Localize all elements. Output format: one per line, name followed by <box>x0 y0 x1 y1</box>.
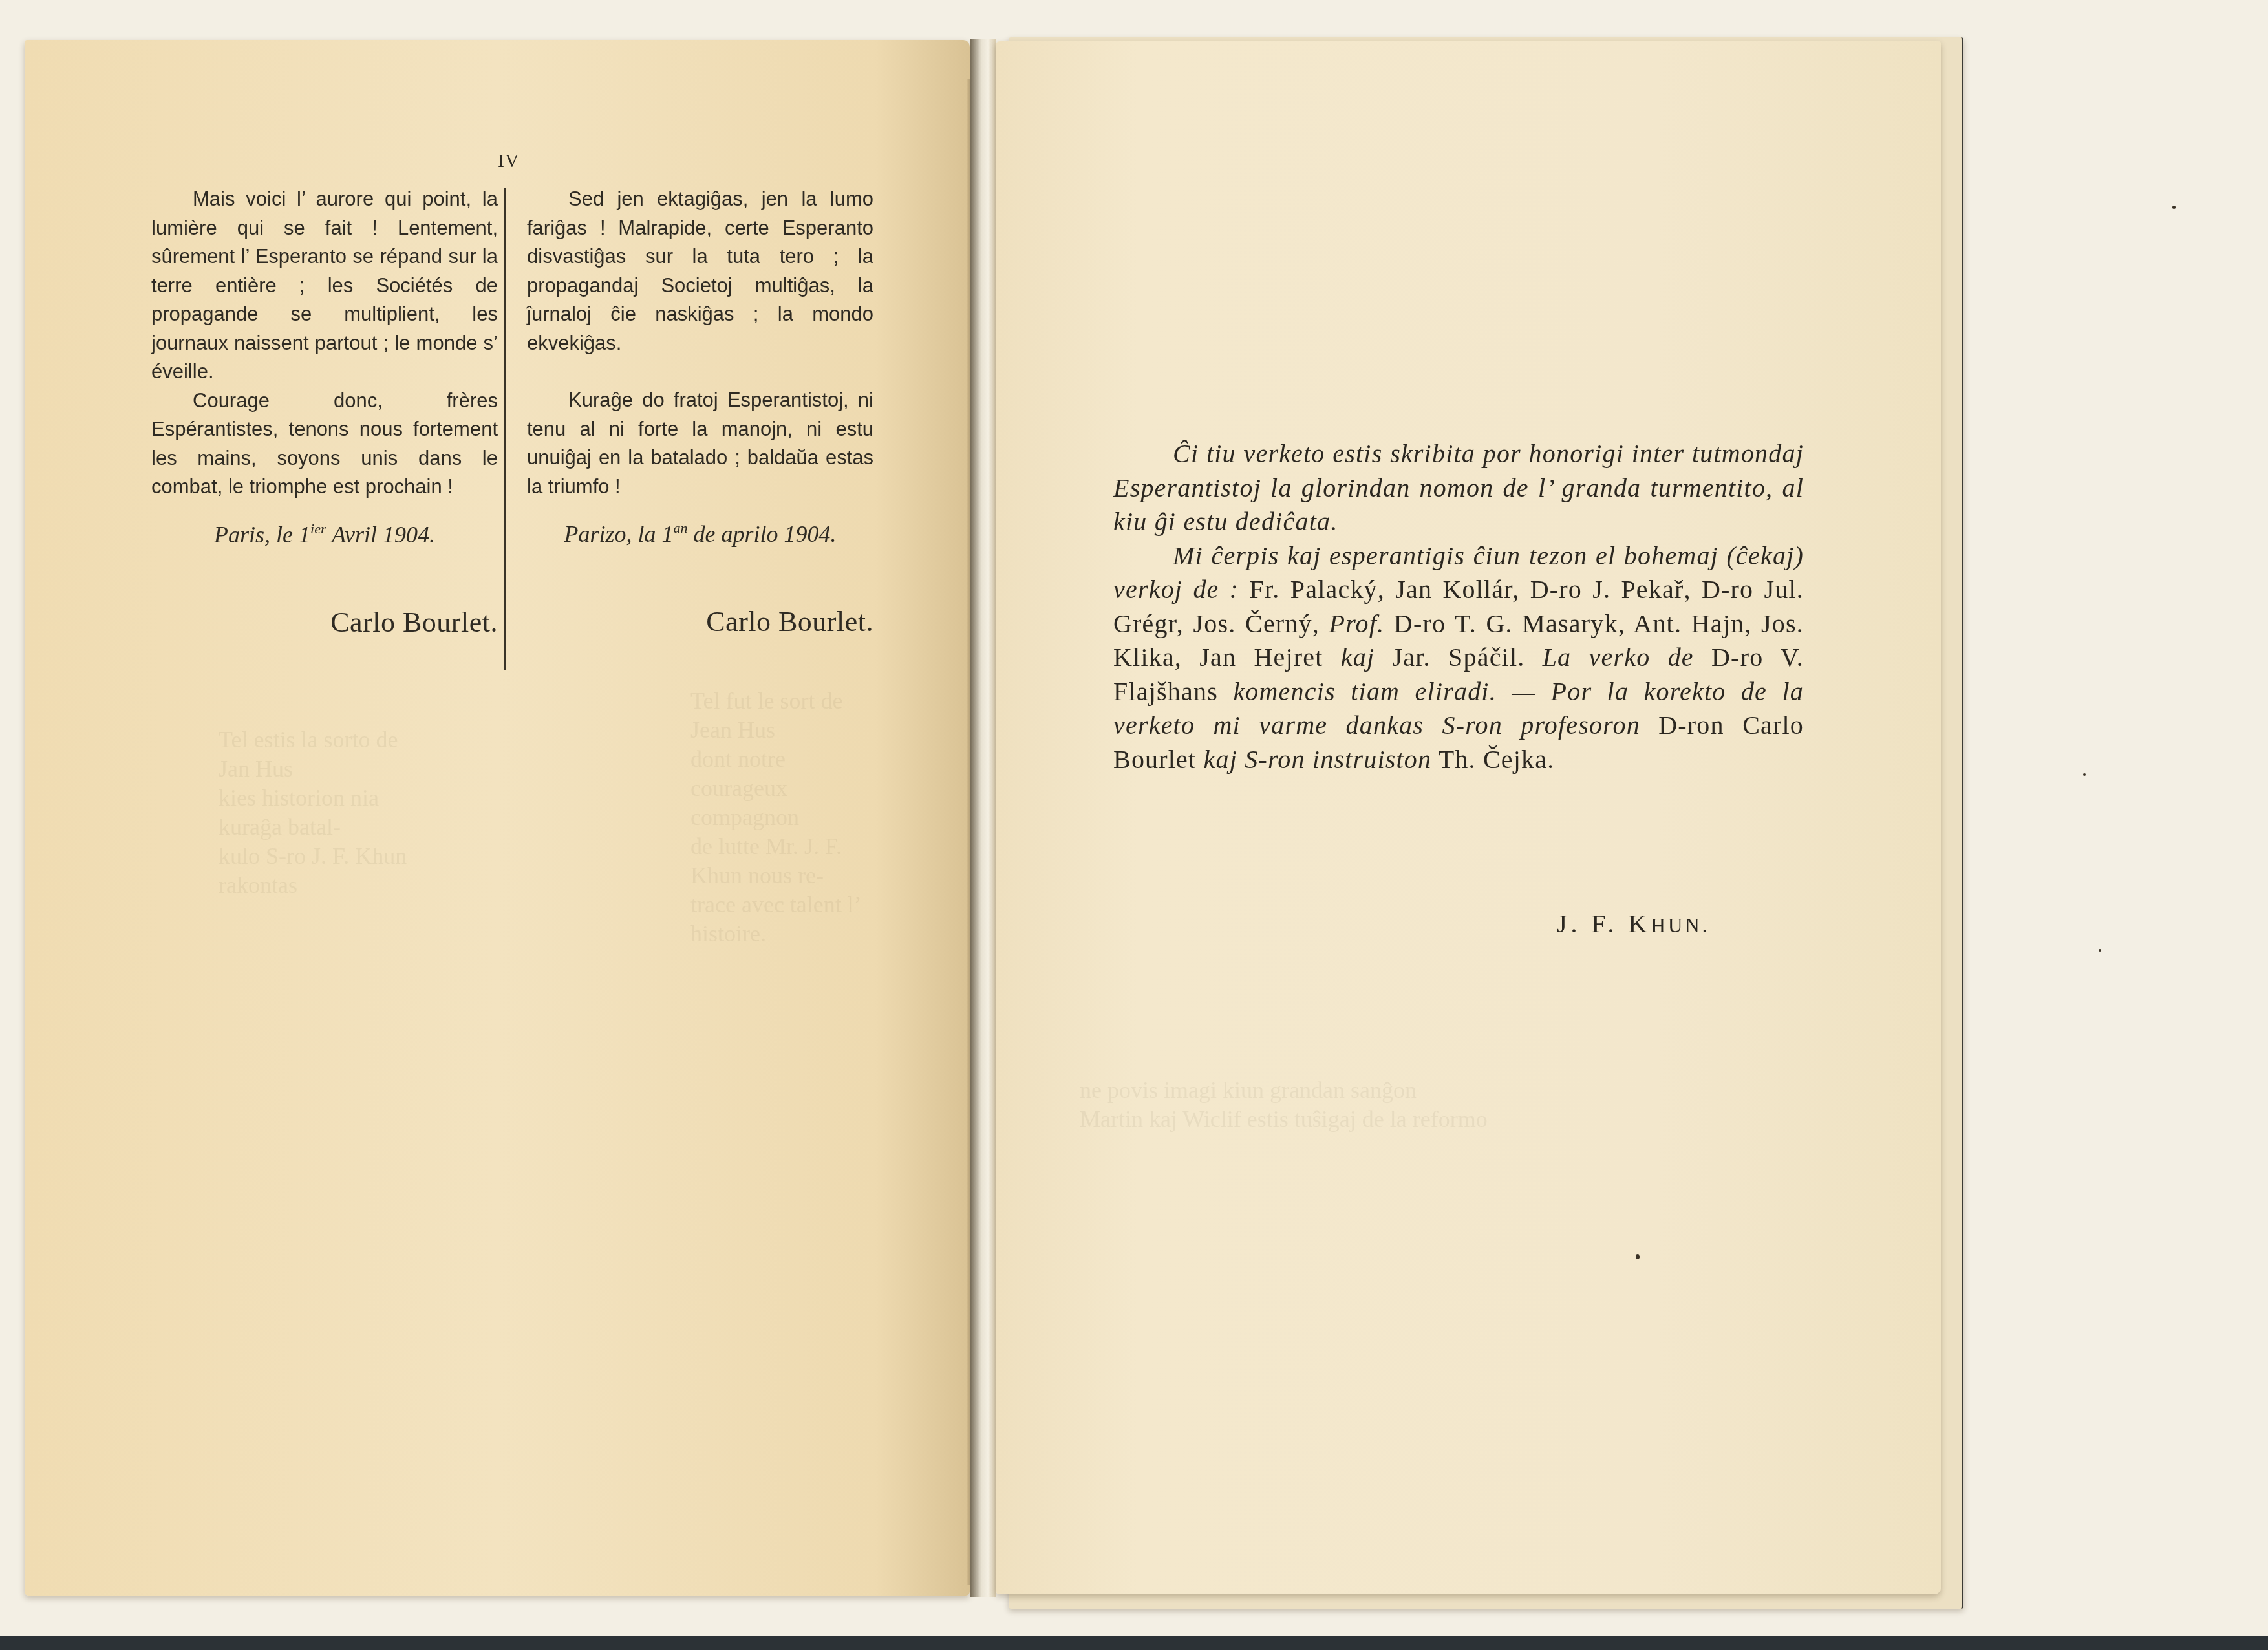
french-paragraph-1: Mais voici l’ aurore qui point, la lumiè… <box>151 185 498 387</box>
dedication-paragraph-2: Mi ĉerpis kaj esperantigis ĉiun tezon el… <box>1113 539 1804 777</box>
show-through-text: Tel fut le sort de Jean Hus dont notre c… <box>690 687 884 948</box>
show-through-text: ne povis imagi kiun grandan sanĝon Marti… <box>1080 1076 1791 1134</box>
french-date: Paris, le 1ier Avril 1904. <box>151 515 498 549</box>
page-number: IV <box>498 150 520 172</box>
french-signature: Carlo Bourlet. <box>151 608 498 637</box>
esperanto-date: Parizo, la 1an de aprilo 1904. <box>527 514 873 548</box>
right-page: ne povis imagi kiun grandan sanĝon Marti… <box>996 41 1941 1594</box>
paper-speck <box>2172 206 2176 209</box>
dedication-text: Ĉi tiu verketo estis skribita por honori… <box>1113 437 1804 777</box>
french-column: Mais voici l’ aurore qui point, la lumiè… <box>151 185 498 637</box>
paper-speck <box>2083 773 2086 776</box>
book-spine <box>970 39 996 1597</box>
author-signature: J. F. KHUN. <box>1557 908 1709 939</box>
french-paragraph-2: Courage donc, frères Espérantistes, teno… <box>151 387 498 502</box>
column-divider <box>504 187 506 670</box>
paper-speck <box>2099 949 2101 952</box>
show-through-text: Tel estis la sorto de Jan Hus kies histo… <box>219 725 412 900</box>
esperanto-signature: Carlo Bourlet. <box>527 608 873 637</box>
dedication-paragraph-1: Ĉi tiu verketo estis skribita por honori… <box>1113 437 1804 539</box>
scanner-edge <box>0 1636 2268 1650</box>
esperanto-paragraph-1: Sed jen ektagiĝas, jen la lumo fariĝas !… <box>527 185 873 358</box>
paper-speck <box>1636 1254 1640 1259</box>
esperanto-paragraph-2: Kuraĝe do fratoj Esperantistoj, ni tenu … <box>527 386 873 501</box>
esperanto-column: Sed jen ektagiĝas, jen la lumo fariĝas !… <box>527 185 873 637</box>
